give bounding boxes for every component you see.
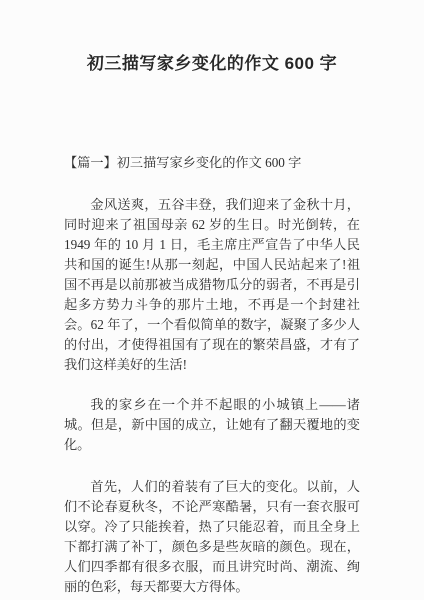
essay-paragraph: 金风送爽，五谷丰登，我们迎来了金秋十月，同时迎来了祖国母亲 62 岁的生日。时光… (64, 195, 360, 375)
page-title: 初三描写家乡变化的作文 600 字 (0, 0, 424, 75)
section-heading: 【篇一】初三描写家乡变化的作文 600 字 (64, 153, 360, 173)
document-body: 【篇一】初三描写家乡变化的作文 600 字 金风送爽，五谷丰登，我们迎来了金秋十… (64, 153, 360, 597)
document-page: 初三描写家乡变化的作文 600 字 【篇一】初三描写家乡变化的作文 600 字 … (0, 0, 424, 600)
essay-paragraph: 我的家乡在一个并不起眼的小城镇上——诸城。但是，新中国的成立，让她有了翻天覆地的… (64, 395, 360, 455)
essay-paragraph: 首先，人们的着装有了巨大的变化。以前，人们不论春夏秋冬，不论严寒酷暑，只有一套衣… (64, 477, 360, 597)
